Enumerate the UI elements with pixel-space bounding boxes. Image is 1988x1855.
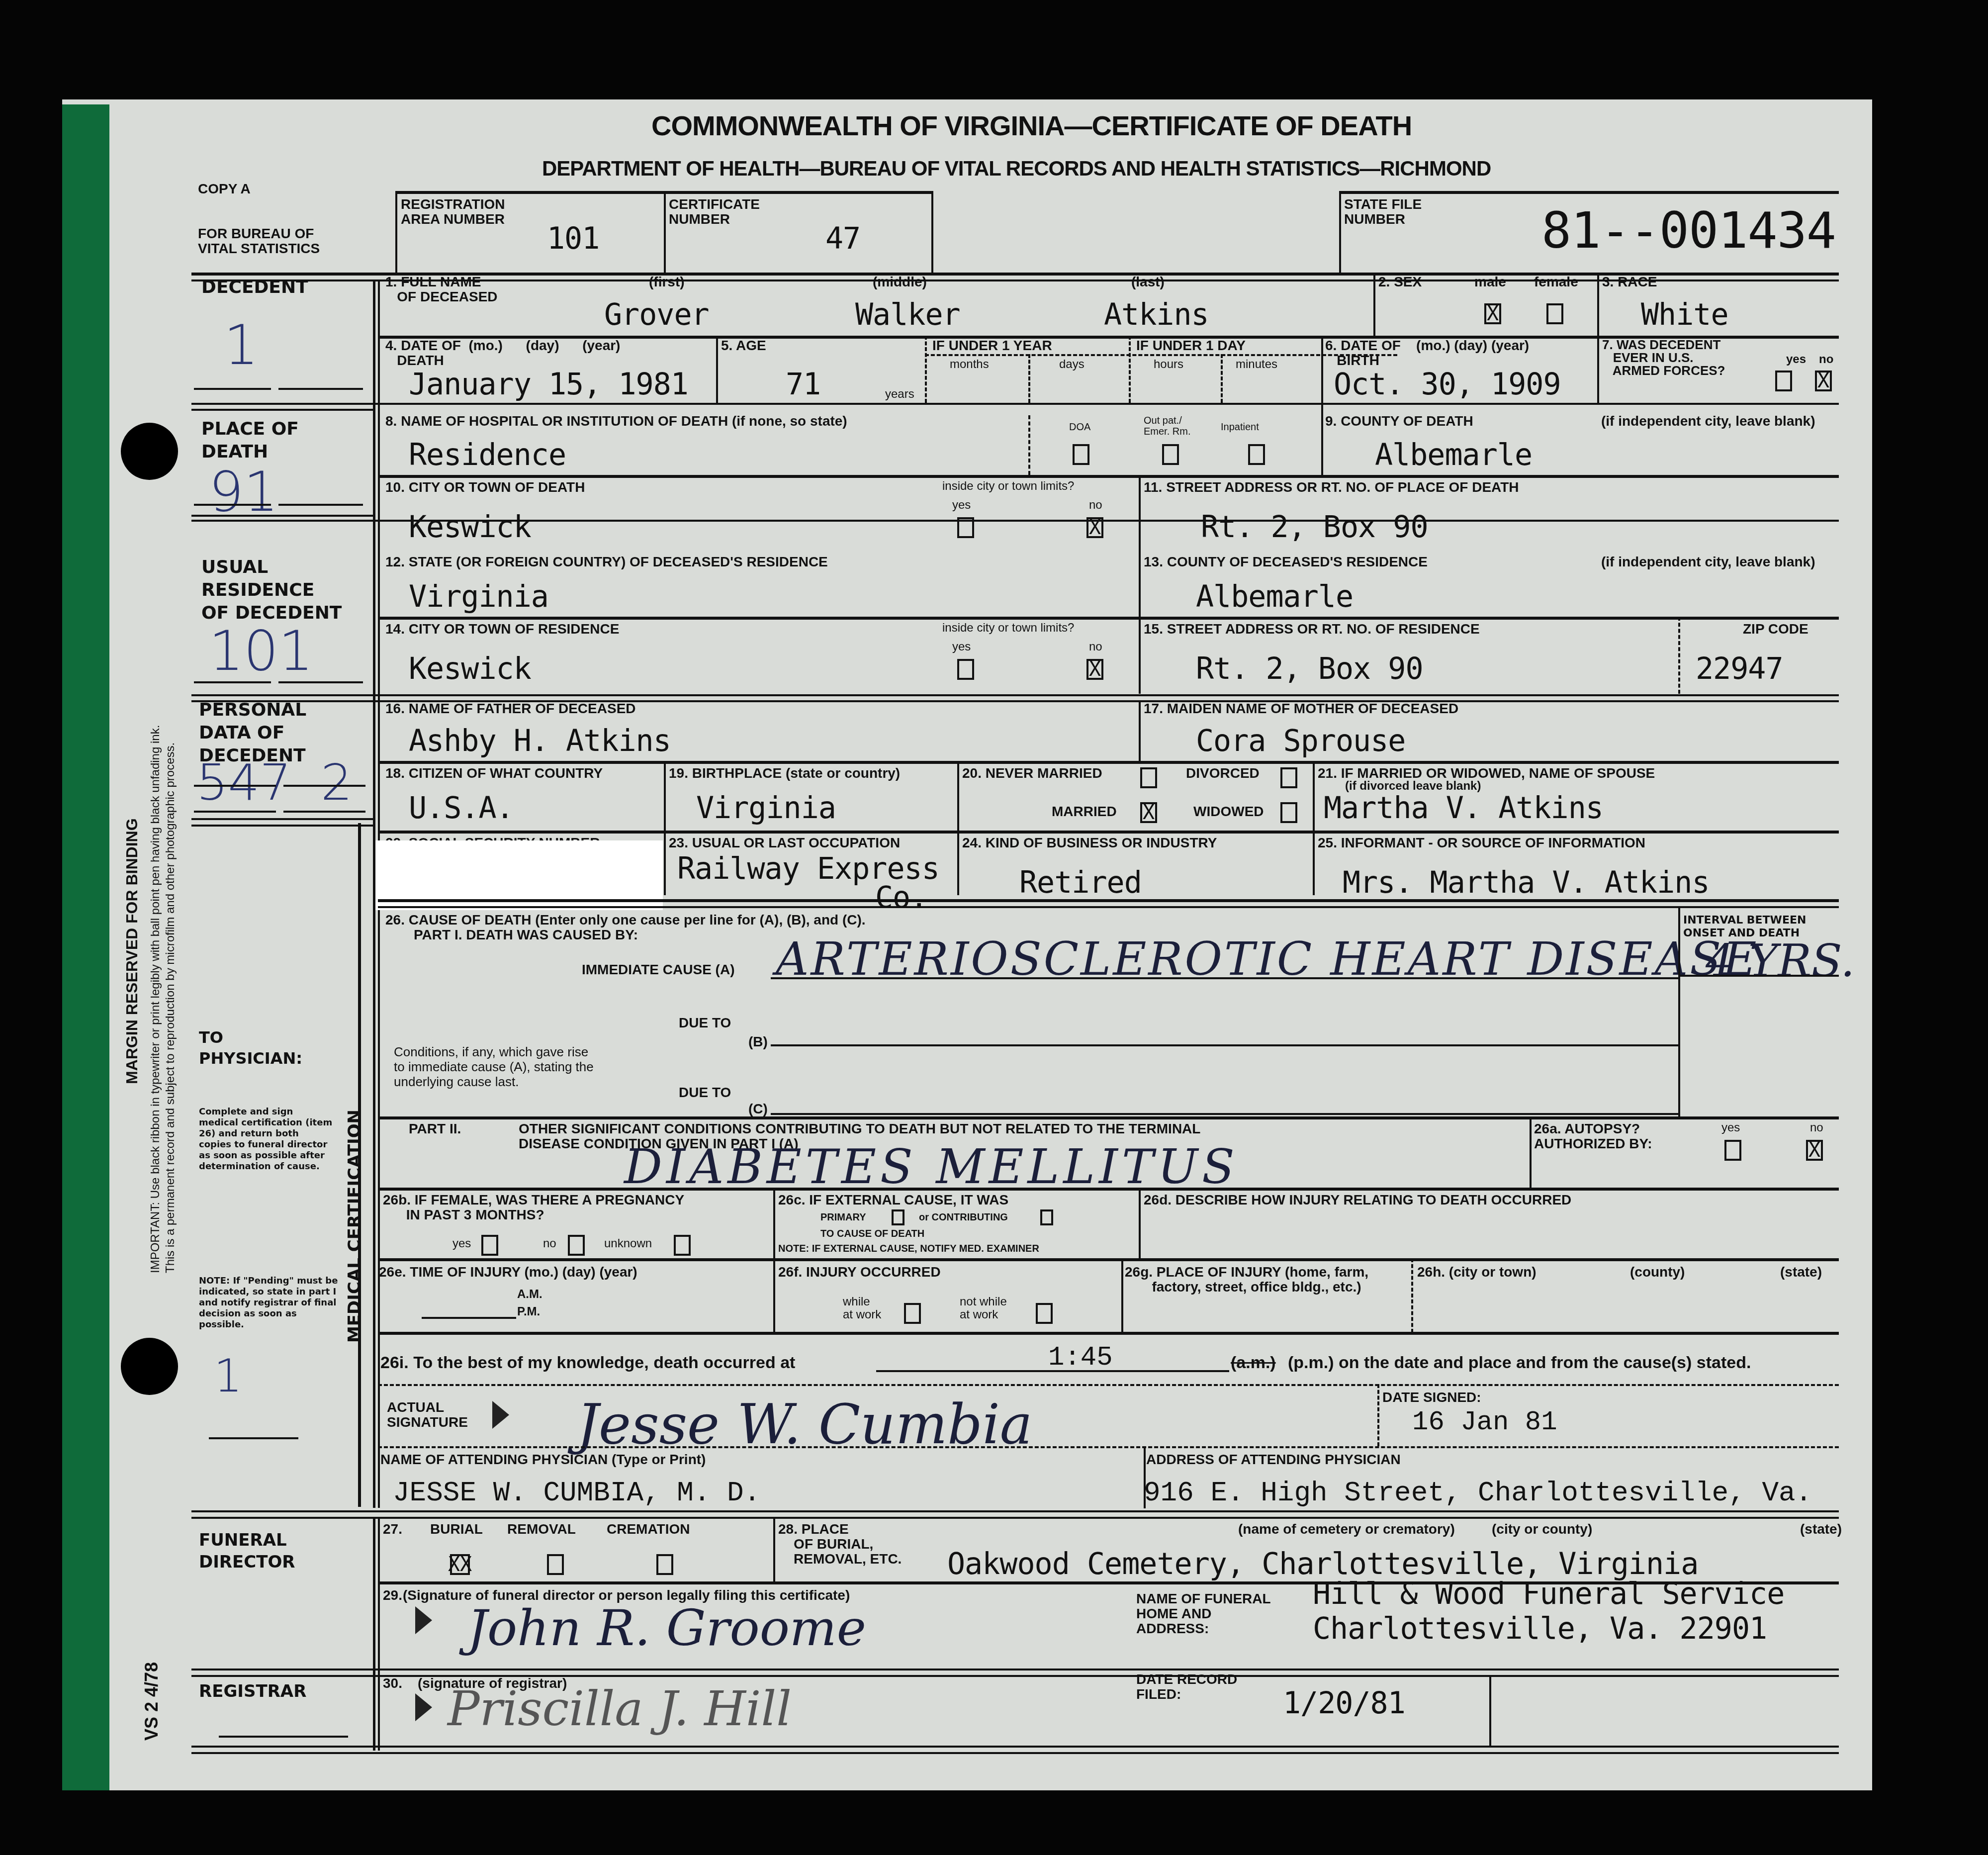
father-name-value: Ashby H. Atkins: [409, 724, 671, 758]
never-married-label: 20. NEVER MARRIED: [962, 766, 1102, 781]
residence-city-limits-label: inside city or town limits?: [942, 622, 1074, 635]
residence-city-no-label: no: [1089, 641, 1102, 653]
married-label: MARRIED: [1052, 804, 1117, 819]
physician-address-label: ADDRESS OF ATTENDING PHYSICIAN: [1146, 1452, 1401, 1467]
citizenship-value: U.S.A.: [409, 791, 514, 826]
section-usual-residence: USUAL RESIDENCE OF DECEDENT: [201, 556, 342, 625]
section-place-of-death: PLACE OF DEATH: [201, 418, 299, 464]
minutes-label: minutes: [1236, 358, 1277, 371]
race-value: White: [1641, 297, 1728, 332]
full-name-label: 1. FULL NAME OF DECEASED: [385, 275, 498, 304]
hospital-label: 8. NAME OF HOSPITAL OR INSTITUTION OF DE…: [385, 414, 847, 429]
personal-data-code-a: 547: [196, 753, 291, 812]
business-value: Retired: [1019, 865, 1142, 900]
decedent-code: 1: [224, 313, 259, 377]
months-label: months: [950, 358, 989, 371]
married-checkbox[interactable]: X: [1140, 802, 1157, 823]
removal-label: REMOVAL: [507, 1522, 576, 1537]
place-of-death-code: 91: [209, 460, 278, 524]
contributing-label: or CONTRIBUTING: [919, 1212, 1008, 1223]
days-label: days: [1059, 358, 1084, 371]
green-binding-strip: [62, 104, 109, 1790]
injury-state-label: (state): [1780, 1265, 1822, 1280]
signature-arrow-icon: [415, 1693, 432, 1721]
age-value: 71: [786, 367, 820, 402]
autopsy-label: 26a. AUTOPSY? AUTHORIZED BY:: [1534, 1121, 1652, 1151]
armed-forces-no-checkbox[interactable]: X: [1815, 371, 1832, 391]
to-cause-label: TO CAUSE OF DEATH: [820, 1228, 924, 1239]
due-to-b-label: DUE TO: [679, 1016, 731, 1030]
armed-forces-label: 7. WAS DECEDENT EVER IN U.S. ARMED FORCE…: [1602, 338, 1725, 377]
occupation-value-line2: Co.: [875, 880, 927, 915]
injury-description-label: 26d. DESCRIBE HOW INJURY RELATING TO DEA…: [1144, 1193, 1571, 1207]
date-filed-label: DATE RECORD FILED:: [1136, 1672, 1237, 1702]
cremation-checkbox[interactable]: [656, 1554, 673, 1575]
hours-label: hours: [1154, 358, 1183, 371]
last-name-value: Atkins: [1104, 297, 1209, 332]
death-address-value: Rt. 2, Box 90: [1201, 510, 1428, 545]
armed-forces-no-label: no: [1819, 353, 1833, 366]
pregnancy-label: 26b. IF FEMALE, WAS THERE A PREGNANCY IN…: [383, 1193, 684, 1222]
state-file-number: 81--001434: [1541, 201, 1836, 260]
autopsy-yes-label: yes: [1721, 1121, 1740, 1134]
state-file-label: STATE FILE NUMBER: [1344, 197, 1422, 227]
punch-hole: [121, 1338, 178, 1395]
city-of-death-yes-checkbox[interactable]: [957, 517, 974, 538]
pregnancy-unknown-checkbox[interactable]: [674, 1235, 691, 1256]
date-filed-value: 1/20/81: [1283, 1686, 1405, 1721]
injury-city-label: 26h. (city or town): [1417, 1265, 1536, 1280]
under-1-year-label: IF UNDER 1 YEAR: [932, 338, 1052, 353]
zip-value: 22947: [1696, 651, 1783, 686]
external-cause-note: NOTE: IF EXTERNAL CAUSE, NOTIFY MED. EXA…: [778, 1243, 1039, 1254]
birthplace-label: 19. BIRTHPLACE (state or country): [669, 766, 900, 781]
important-note: IMPORTANT: Use black ribbon in typewrite…: [149, 725, 162, 1273]
county-of-death-label: 9. COUNTY OF DEATH: [1325, 414, 1473, 429]
age-unit: years: [885, 388, 914, 401]
citizenship-label: 18. CITIZEN OF WHAT COUNTRY: [385, 766, 603, 781]
residence-state-label: 12. STATE (OR FOREIGN COUNTRY) OF DECEAS…: [385, 555, 828, 569]
sex-male-checkbox[interactable]: X: [1484, 303, 1501, 324]
last-name-hint: (last): [1131, 275, 1165, 289]
form-code: VS 2 4/78: [144, 1662, 159, 1741]
signature-arrow-icon: [415, 1606, 432, 1634]
spouse-label: 21. IF MARRIED OR WIDOWED, NAME OF SPOUS…: [1318, 766, 1655, 781]
cemetery-city-hint: (city or county): [1492, 1522, 1592, 1537]
cemetery-name-hint: (name of cemetery or crematory): [1238, 1522, 1455, 1537]
age-label: 5. AGE: [721, 338, 766, 353]
occupation-label: 23. USUAL OR LAST OCCUPATION: [669, 835, 900, 850]
to-physician-label: TO PHYSICIAN:: [199, 1027, 302, 1069]
cause-c-label: (C): [748, 1102, 768, 1116]
pregnancy-no-checkbox[interactable]: [568, 1235, 585, 1256]
primary-label: PRIMARY: [820, 1212, 866, 1223]
disposition-label: 27.: [383, 1522, 402, 1537]
date-of-death-value: January 15, 1981: [409, 367, 688, 402]
conditions-note: Conditions, if any, which gave rise to i…: [394, 1044, 594, 1089]
am-label: A.M.: [517, 1288, 542, 1301]
residence-address-label: 15. STREET ADDRESS OR RT. NO. OF RESIDEN…: [1144, 622, 1480, 637]
pending-note: NOTE: If "Pending" must be indicated, so…: [199, 1276, 341, 1330]
binding-margin-note: MARGIN RESERVED FOR BINDING: [124, 818, 139, 1084]
bureau-label: FOR BUREAU OF VITAL STATISTICS: [198, 226, 320, 256]
funeral-home-line1: Hill & Wood Funeral Service: [1313, 1577, 1784, 1611]
middle-name-value: Walker: [855, 297, 960, 332]
primary-checkbox[interactable]: [892, 1209, 904, 1225]
part2-value: DIABETES MELLITUS: [624, 1139, 1239, 1195]
residence-city-no-checkbox[interactable]: X: [1086, 659, 1103, 680]
business-label: 24. KIND OF BUSINESS OR INDUSTRY: [962, 835, 1217, 850]
section-funeral-director: FUNERAL DIRECTOR: [199, 1529, 295, 1573]
under-1-day-label: IF UNDER 1 DAY: [1136, 338, 1246, 353]
registration-area-number: 101: [547, 221, 599, 256]
mother-maiden-name-value: Cora Sprouse: [1196, 724, 1405, 758]
place-of-burial-label: 28. PLACE OF BURIAL, REMOVAL, ETC.: [778, 1522, 902, 1567]
due-to-c-label: DUE TO: [679, 1085, 731, 1100]
am-struck: (a.m.): [1231, 1355, 1276, 1370]
residence-county-hint: (if independent city, leave blank): [1601, 555, 1815, 569]
death-time-value: 1:45: [1048, 1343, 1113, 1373]
permanent-record-note: This is a permanent record and subject t…: [164, 742, 177, 1273]
pregnancy-no-label: no: [543, 1237, 556, 1250]
hospital-value: Residence: [409, 438, 566, 472]
sex-label: 2. SEX: [1378, 275, 1422, 289]
cemetery-state-hint: (state): [1800, 1522, 1842, 1537]
physician-name-label: NAME OF ATTENDING PHYSICIAN (Type or Pri…: [380, 1452, 706, 1467]
city-of-death-label: 10. CITY OR TOWN OF DEATH: [385, 480, 585, 495]
divorced-checkbox[interactable]: [1280, 767, 1297, 788]
autopsy-yes-checkbox[interactable]: [1724, 1140, 1741, 1161]
funeral-director-signature: John R. Groome: [467, 1599, 866, 1657]
death-address-label: 11. STREET ADDRESS OR RT. NO. OF PLACE O…: [1144, 480, 1519, 495]
registrar-signature: Priscilla J. Hill: [448, 1681, 792, 1737]
mother-maiden-name-label: 17. MAIDEN NAME OF MOTHER OF DECEASED: [1144, 701, 1458, 716]
never-married-checkbox[interactable]: [1140, 767, 1157, 788]
sex-female-label: female: [1534, 275, 1578, 289]
contributing-checkbox[interactable]: [1040, 1209, 1053, 1225]
burial-checkbox[interactable]: XX: [450, 1554, 470, 1575]
part2-label: PART II.: [409, 1121, 461, 1136]
pregnancy-yes-checkbox[interactable]: [481, 1235, 498, 1256]
autopsy-no-label: no: [1810, 1121, 1823, 1134]
doa-label: DOA: [1069, 422, 1090, 433]
signature-arrow-icon: [492, 1401, 509, 1429]
funeral-home-line2: Charlottesville, Va. 22901: [1313, 1611, 1767, 1646]
place-of-injury-label: 26g. PLACE OF INJURY (home, farm, factor…: [1125, 1265, 1368, 1295]
city-of-death-no-checkbox[interactable]: X: [1086, 517, 1103, 538]
city-of-death-no-label: no: [1089, 499, 1102, 512]
physician-instructions: Complete and sign medical certification …: [199, 1107, 333, 1172]
birthplace-value: Virginia: [696, 791, 836, 826]
outpatient-label: Out pat./ Emer. Rm.: [1144, 415, 1190, 437]
section-registrar: REGISTRAR: [199, 1680, 306, 1703]
funeral-director-signature-label: 29.: [383, 1588, 402, 1603]
medical-certification-label: MEDICAL CERTIFICATION: [343, 1110, 366, 1343]
father-name-label: 16. NAME OF FATHER OF DECEASED: [385, 701, 636, 716]
inpatient-label: Inpatient: [1221, 422, 1259, 433]
cremation-label: CREMATION: [607, 1522, 690, 1537]
middle-name-hint: (middle): [873, 275, 927, 289]
divorced-label: DIVORCED: [1186, 766, 1260, 781]
zip-label: ZIP CODE: [1743, 622, 1808, 637]
while-at-work-label: while at work: [843, 1296, 881, 1321]
registrar-signature-label: 30.: [383, 1676, 402, 1691]
immediate-cause-label: IMMEDIATE CAUSE (A): [582, 962, 734, 977]
certificate-title: COMMONWEALTH OF VIRGINIA—CERTIFICATE OF …: [651, 109, 1412, 142]
inpatient-checkbox[interactable]: [1248, 444, 1265, 465]
date-of-birth-label: 6. DATE OF (mo.) (day) (year) BIRTH: [1325, 338, 1529, 368]
copy-label: COPY A: [198, 182, 251, 196]
county-of-death-value: Albemarle: [1375, 438, 1532, 472]
outpatient-checkbox[interactable]: [1162, 444, 1179, 465]
part1-label: PART I. DEATH WAS CAUSED BY:: [414, 927, 638, 942]
registration-area-label: REGISTRATION AREA NUMBER: [401, 197, 505, 227]
date-signed-label: DATE SIGNED:: [1382, 1390, 1481, 1405]
physician-name-value: JESSE W. CUMBIA, M. D.: [393, 1477, 760, 1509]
city-of-death-yes-label: yes: [952, 499, 971, 512]
physician-section-code: 1: [214, 1350, 242, 1402]
doa-checkbox[interactable]: [1073, 444, 1089, 465]
autopsy-no-checkbox[interactable]: X: [1806, 1140, 1823, 1161]
residence-address-value: Rt. 2, Box 90: [1196, 651, 1423, 686]
certificate-number-label: CERTIFICATE NUMBER: [669, 197, 760, 227]
section-decedent: DECEDENT: [201, 276, 308, 299]
pregnancy-yes-label: yes: [452, 1237, 471, 1250]
actual-signature-label: ACTUAL SIGNATURE: [387, 1400, 468, 1430]
while-at-work-checkbox[interactable]: [904, 1303, 921, 1324]
punch-hole: [121, 423, 178, 480]
injury-county-label: (county): [1630, 1265, 1685, 1280]
cause-b-label: (B): [748, 1034, 768, 1049]
pregnancy-unknown-label: unknown: [604, 1237, 652, 1250]
personal-data-code-b: 2: [321, 753, 353, 812]
armed-forces-yes-label: yes: [1786, 353, 1806, 366]
burial-label: BURIAL: [430, 1522, 483, 1537]
date-signed-value: 16 Jan 81: [1412, 1407, 1557, 1438]
residence-county-value: Albemarle: [1196, 579, 1353, 614]
county-of-death-hint: (if independent city, leave blank): [1601, 414, 1815, 429]
first-name-value: Grover: [604, 297, 709, 332]
residence-county-label: 13. COUNTY OF DECEASED'S RESIDENCE: [1144, 555, 1428, 569]
pm-label: P.M.: [517, 1305, 540, 1318]
armed-forces-yes-checkbox[interactable]: [1775, 371, 1792, 391]
race-label: 3. RACE: [1602, 275, 1657, 289]
sex-female-checkbox[interactable]: [1546, 303, 1563, 324]
not-while-at-work-label: not while at work: [960, 1296, 1007, 1321]
death-time-suffix: (p.m.) on the date and place and from th…: [1288, 1355, 1751, 1370]
date-of-birth-value: Oct. 30, 1909: [1334, 367, 1561, 402]
usual-residence-code: 101: [209, 619, 313, 683]
residence-city-value: Keswick: [409, 651, 531, 686]
cause-of-death-label: 26. CAUSE OF DEATH (Enter only one cause…: [385, 913, 866, 927]
removal-checkbox[interactable]: [547, 1554, 564, 1575]
external-cause-label: 26c. IF EXTERNAL CAUSE, IT WAS: [778, 1193, 1008, 1207]
funeral-home-label: NAME OF FUNERAL HOME AND ADDRESS:: [1136, 1591, 1271, 1636]
time-of-injury-label: 26e. TIME OF INJURY (mo.) (day) (year): [379, 1265, 637, 1280]
residence-city-label: 14. CITY OR TOWN OF RESIDENCE: [385, 622, 619, 637]
informant-label: 25. INFORMANT - OR SOURCE OF INFORMATION: [1318, 835, 1645, 850]
widowed-label: WIDOWED: [1193, 804, 1264, 819]
informant-value: Mrs. Martha V. Atkins: [1343, 865, 1710, 900]
residence-city-yes-label: yes: [952, 641, 971, 653]
certificate-number: 47: [825, 221, 860, 256]
death-time-statement: 26i. To the best of my knowledge, death …: [380, 1355, 795, 1370]
not-while-at-work-checkbox[interactable]: [1036, 1303, 1053, 1324]
first-name-hint: (first): [649, 275, 685, 289]
certificate-subtitle: DEPARTMENT OF HEALTH—BUREAU OF VITAL REC…: [542, 157, 1491, 181]
city-of-death-value: Keswick: [409, 510, 531, 545]
injury-occurred-label: 26f. INJURY OCCURRED: [778, 1265, 941, 1280]
date-of-death-label: 4. DATE OF (mo.) (day) (year) DEATH: [385, 338, 620, 368]
widowed-checkbox[interactable]: [1280, 802, 1297, 823]
spouse-value: Martha V. Atkins: [1324, 791, 1603, 826]
residence-state-value: Virginia: [409, 579, 548, 614]
interval-value: 4 YRS.: [1706, 935, 1855, 987]
physician-address-value: 916 E. High Street, Charlottesville, Va.: [1144, 1477, 1812, 1509]
sex-male-label: male: [1474, 275, 1506, 289]
city-of-death-limits-label: inside city or town limits?: [942, 480, 1074, 493]
residence-city-yes-checkbox[interactable]: [957, 659, 974, 680]
immediate-cause-value: ARTERIOSCLEROTIC HEART DISEASE: [776, 932, 1758, 986]
